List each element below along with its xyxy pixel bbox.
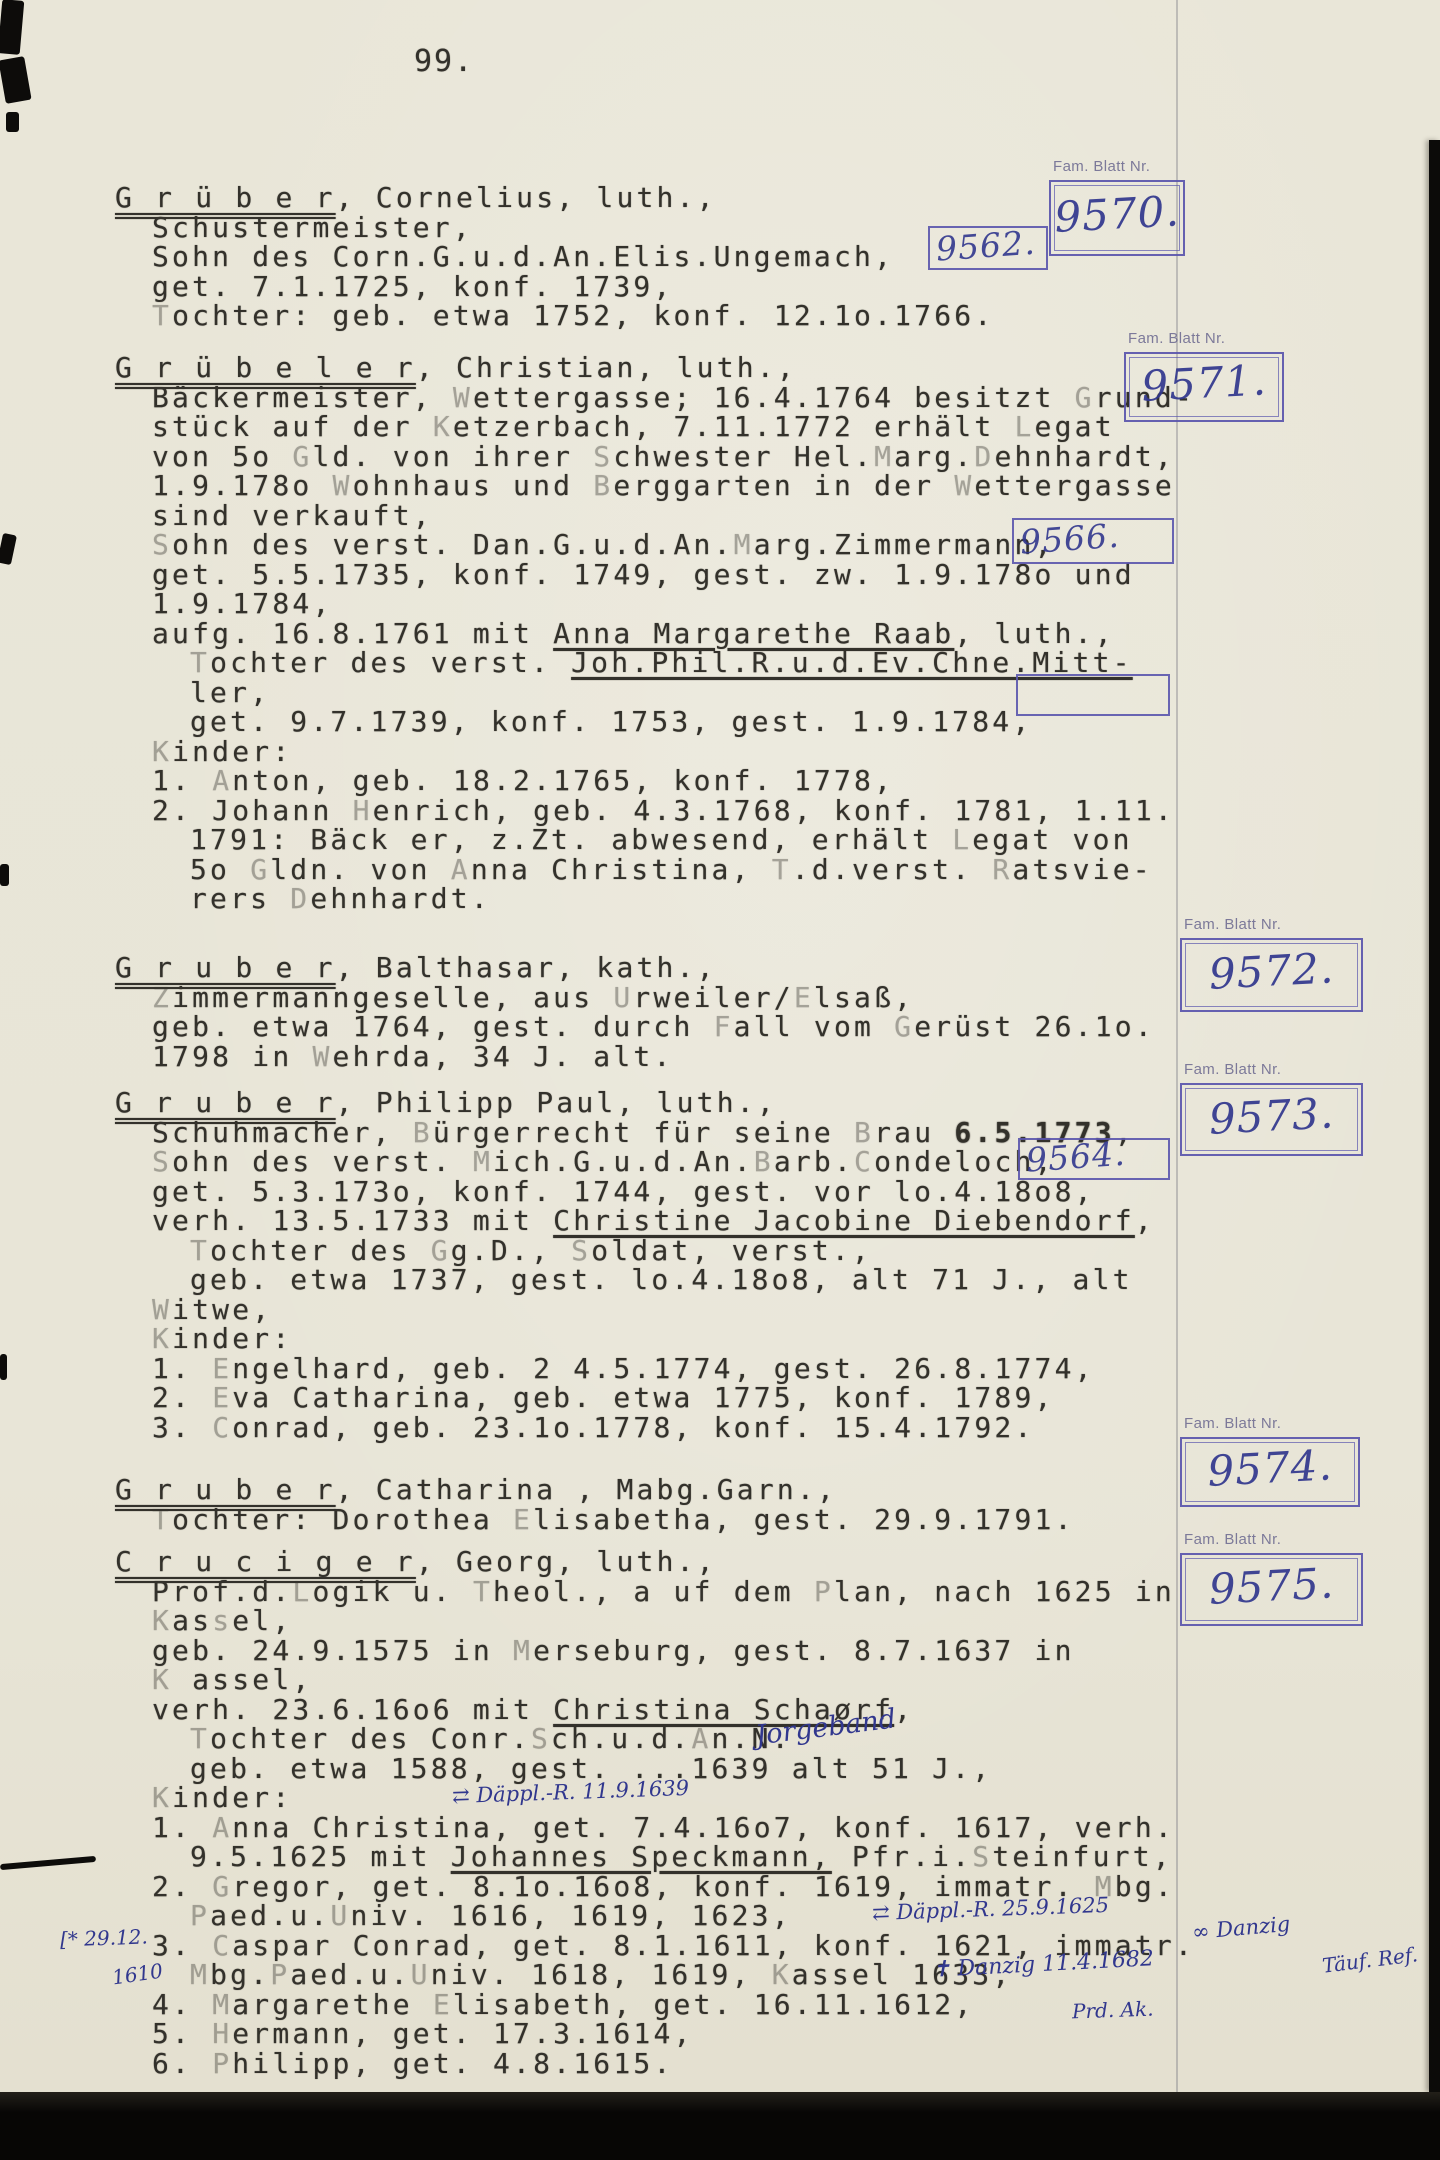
typed-seg: 5. xyxy=(152,2017,212,2050)
typed-seg: teinfurt, xyxy=(992,1840,1173,1873)
typed-seg: K xyxy=(152,1663,172,1696)
entry-heading-rest: , Christian, luth., xyxy=(416,351,797,384)
entry-heading: G r u b e r, Catharina , Mabg.Garn., xyxy=(115,1475,837,1505)
entry-surname: G r u b e r xyxy=(115,1473,336,1506)
fam-blatt-number: 9572. xyxy=(1181,942,1362,1000)
typed-seg: nna Christina, xyxy=(471,853,772,886)
entry-heading-rest: , Philipp Paul, luth., xyxy=(336,1086,777,1119)
entry-surname: C r u c i g e r xyxy=(115,1545,416,1578)
typed-seg: T xyxy=(772,853,792,886)
scan-edge-bottom xyxy=(0,2092,1440,2160)
typed-seg: bg. xyxy=(1115,1870,1175,1903)
handwritten-ref-box: 9564. xyxy=(1018,1138,1170,1180)
typed-line: Tochter: geb. etwa 1752, konf. 12.1o.176… xyxy=(152,301,994,331)
fam-blatt-label: Fam. Blatt Nr. xyxy=(1184,1531,1281,1548)
typed-seg: G xyxy=(894,1010,914,1043)
typed-line: Tochter des Conr.Sch.u.d.An.N. xyxy=(190,1724,792,1754)
typed-line: Witwe, xyxy=(152,1295,272,1325)
typed-line: Bäckermeister, Wettergasse; 16.4.1764 be… xyxy=(152,383,1195,413)
typed-line: Sohn des verst. Mich.G.u.d.An.Barb.Conde… xyxy=(152,1147,1055,1177)
handwritten-annotation: Prd. Ak. xyxy=(1072,1997,1154,2024)
typed-line: 4. Margarethe Elisabeth, get. 16.11.1612… xyxy=(152,1990,974,2020)
typed-seg: get. 9.7.1739, konf. 1753, gest. 1.9.178… xyxy=(190,705,1032,738)
typed-line: get. 9.7.1739, konf. 1753, gest. 1.9.178… xyxy=(190,707,1032,737)
fam-blatt-stamp: 9572. xyxy=(1180,938,1363,1012)
typed-seg: S xyxy=(531,1722,551,1755)
typed-seg: va Catharina, geb. etwa 1775, konf. 1789… xyxy=(232,1381,1054,1414)
typed-line: 1.9.178o Wohnhaus und Berggarten in der … xyxy=(152,471,1175,501)
typed-seg: W xyxy=(954,469,974,502)
typed-seg: atsvie- xyxy=(1012,853,1152,886)
typed-line: 1798 in Wehrda, 34 J. alt. xyxy=(152,1042,674,1072)
handwritten-annotation: [* 29.12. xyxy=(60,1924,149,1951)
handwritten-ref-number: 9562. xyxy=(935,223,1037,269)
fam-blatt-stamp: 9570. xyxy=(1049,180,1185,256)
typed-seg: ochter: Dorothea xyxy=(172,1503,513,1536)
typed-seg: ch.u.d. xyxy=(551,1722,691,1755)
typed-line: 9.5.1625 mit Johannes Speckmann, Pfr.i.S… xyxy=(190,1842,1173,1872)
entry-heading-rest: , Catharina , Mabg.Garn., xyxy=(336,1473,837,1506)
typed-seg: hilipp, get. 4.8.1615. xyxy=(232,2047,673,2080)
typed-line: Zimmermanngeselle, aus Urweiler/Elsaß, xyxy=(152,983,914,1013)
fam-blatt-number: 9574. xyxy=(1181,1439,1359,1497)
typed-line: 2. Eva Catharina, geb. etwa 1775, konf. … xyxy=(152,1383,1055,1413)
typed-seg: T xyxy=(152,1503,172,1536)
scan-artifact xyxy=(0,1856,96,1870)
entry-heading: G r u b e r, Balthasar, kath., xyxy=(115,953,717,983)
fam-blatt-number: 9575. xyxy=(1181,1556,1362,1614)
typed-seg: 9.5.1625 mit xyxy=(190,1840,451,1873)
typed-line: Kinder: xyxy=(152,737,292,767)
scan-edge-right xyxy=(1429,140,1440,2092)
typed-line: Schuhmacher, Bürgerrecht für seine Brau … xyxy=(152,1118,1135,1148)
entry-heading: C r u c i g e r, Georg, luth., xyxy=(115,1547,717,1577)
handwritten-ref-box: 9566. xyxy=(1012,518,1174,564)
typed-seg: arb. xyxy=(774,1145,854,1178)
entry-heading: G r u b e r, Philipp Paul, luth., xyxy=(115,1088,777,1118)
typed-seg: C xyxy=(212,1411,232,1444)
handwritten-annotation: ∞ Danzig xyxy=(1191,1912,1291,1944)
typed-seg: F xyxy=(714,1010,734,1043)
typed-line: 5. Hermann, get. 17.3.1614, xyxy=(152,2019,694,2049)
typed-seg: D xyxy=(290,882,310,915)
typed-seg: H xyxy=(212,2017,232,2050)
typed-line: geb. 24.9.1575 in Merseburg, gest. 8.7.1… xyxy=(152,1636,1075,1666)
typed-seg: niv. 1616, 1619, 1623, xyxy=(350,1899,791,1932)
entry-heading-rest: , Cornelius, luth., xyxy=(336,181,717,214)
typed-seg: ehrda, 34 J. alt. xyxy=(333,1040,674,1073)
typed-seg: L xyxy=(292,1575,312,1608)
handwritten-ref-number: 9564. xyxy=(1025,1134,1127,1180)
typed-seg: R xyxy=(992,853,1012,886)
entry-heading-rest: , Georg, luth., xyxy=(416,1545,717,1578)
typed-line: Sohn des verst. Dan.G.u.d.An.Marg.Zimmer… xyxy=(152,530,1055,560)
entry-surname: G r u b e r xyxy=(115,951,336,984)
typed-line: geb. etwa 1737, gest. lo.4.18o8, alt 71 … xyxy=(190,1265,1133,1295)
typed-line: 1. Engelhard, geb. 2 4.5.1774, gest. 26.… xyxy=(152,1354,1095,1384)
fam-blatt-label: Fam. Blatt Nr. xyxy=(1184,916,1281,933)
typed-line: Prof.d.Logik u. Theol., a uf dem Plan, n… xyxy=(152,1577,1175,1607)
typed-line: 1791: Bäck er, z.Zt. abwesend, erhält Le… xyxy=(190,825,1133,855)
typed-seg: egat xyxy=(1035,410,1115,443)
typed-seg: 1.9.178o xyxy=(152,469,333,502)
typed-seg: verh. 13.5.1733 mit xyxy=(152,1204,553,1237)
typed-line: Kinder: xyxy=(152,1324,292,1354)
typed-seg: S xyxy=(972,1840,992,1873)
typed-seg: ich.G.u.d.An. xyxy=(493,1145,754,1178)
typed-seg: rers xyxy=(190,882,290,915)
typed-line: 1. Anton, geb. 18.2.1765, konf. 1778, xyxy=(152,766,894,796)
typed-seg: , xyxy=(894,1693,914,1726)
typed-seg: S xyxy=(152,528,172,561)
typed-seg: Pfr.i. xyxy=(832,1840,972,1873)
typed-seg: erggarten in der xyxy=(613,469,954,502)
typed-line: Tochter des verst. Joh.Phil.R.u.d.Ev.Chn… xyxy=(190,648,1133,678)
typed-seg: Sohn des Corn.G.u.d.An.Elis.Ungemach, xyxy=(152,240,894,273)
typed-seg: L xyxy=(952,823,972,856)
typed-seg: M xyxy=(473,1145,493,1178)
typed-seg: S xyxy=(152,1145,172,1178)
typed-seg: B xyxy=(593,469,613,502)
fam-blatt-number: 9573. xyxy=(1181,1086,1362,1144)
typed-seg: ohn des verst. xyxy=(172,1145,473,1178)
typed-seg: lisabetha, gest. 29.9.1791. xyxy=(533,1503,1075,1536)
typed-seg: 1791: Bäck er, z.Zt. abwesend, erhält xyxy=(190,823,952,856)
typed-seg: T xyxy=(152,299,172,332)
fam-blatt-stamp: 9571. xyxy=(1124,352,1284,422)
entry-surname: G r ü b e r xyxy=(115,181,336,214)
typed-seg: 1798 in xyxy=(152,1040,312,1073)
typed-line: aufg. 16.8.1761 mit Anna Margarethe Raab… xyxy=(152,619,1115,649)
typed-seg: T xyxy=(190,646,210,679)
typed-line: 1.9.1784, xyxy=(152,589,333,619)
typed-seg: heol., a uf dem xyxy=(493,1575,814,1608)
entry-heading: G r ü b e r, Cornelius, luth., xyxy=(115,183,717,213)
typed-seg: 2. xyxy=(152,1381,212,1414)
typed-line: get. 5.5.1735, konf. 1749, gest. zw. 1.9… xyxy=(152,560,1135,590)
typed-seg: K xyxy=(152,1604,172,1637)
typed-line: K assel, xyxy=(152,1665,312,1695)
scan-artifact xyxy=(6,112,19,132)
typed-seg: C xyxy=(854,1145,874,1178)
typed-line: rers Dehnhardt. xyxy=(190,884,491,914)
typed-seg: inder: xyxy=(172,1781,292,1814)
typed-seg: ochter des verst. xyxy=(210,646,571,679)
typed-line: Tochter: Dorothea Elisabetha, gest. 29.9… xyxy=(152,1505,1075,1535)
typed-seg: el, xyxy=(232,1604,292,1637)
entry-surname: G r ü b e l e r xyxy=(115,351,416,384)
typed-seg: P xyxy=(270,1958,290,1991)
scanned-page: 99. G r ü b e r, Cornelius, luth.,Schust… xyxy=(0,0,1440,2092)
typed-seg: onrad, geb. 23.1o.1778, konf. 15.4.1792. xyxy=(232,1411,1034,1444)
typed-seg: ochter des Conr. xyxy=(210,1722,531,1755)
scan-artifact xyxy=(0,0,24,55)
typed-line: Paed.u.Univ. 1616, 1619, 1623, xyxy=(190,1901,792,1931)
typed-line: Mbg.Paed.u.Univ. 1618, 1619, Kassel 1633… xyxy=(190,1960,1012,1990)
typed-line: stück auf der Ketzerbach, 7.11.1772 erhä… xyxy=(152,412,1115,442)
typed-line: get. 5.3.173o, konf. 1744, gest. vor lo.… xyxy=(152,1177,1095,1207)
typed-seg: T xyxy=(190,1722,210,1755)
fam-blatt-label: Fam. Blatt Nr. xyxy=(1053,158,1150,175)
typed-seg: all vom xyxy=(734,1010,894,1043)
typed-seg: 3. xyxy=(152,1411,212,1444)
typed-seg: erseburg, gest. 8.7.1637 in xyxy=(533,1634,1075,1667)
typed-line: ler, xyxy=(190,678,270,708)
scan-artifact xyxy=(0,56,32,104)
typed-seg: E xyxy=(212,1381,232,1414)
typed-seg: lan, nach 1625 in xyxy=(834,1575,1175,1608)
typed-line: verh. 13.5.1733 mit Christine Jacobine D… xyxy=(152,1206,1155,1236)
typed-line: 6. Philipp, get. 4.8.1615. xyxy=(152,2049,674,2079)
typed-seg: niv. 1618, 1619, xyxy=(431,1958,772,1991)
typed-line: sind verkauft, xyxy=(152,501,433,531)
typed-seg: ohnhaus und xyxy=(353,469,594,502)
typed-seg: ochter: geb. etwa 1752, konf. 12.1o.1766… xyxy=(172,299,994,332)
typed-seg: U xyxy=(330,1899,350,1932)
typed-seg: W xyxy=(333,469,353,502)
typed-seg: aed.u. xyxy=(290,1958,410,1991)
margin-rule xyxy=(1176,0,1178,2092)
fam-blatt-number: 9570. xyxy=(1050,186,1184,242)
handwritten-annotation: Täuf. Ref. xyxy=(1321,1942,1419,1978)
typed-seg: K xyxy=(433,410,453,443)
fam-blatt-label: Fam. Blatt Nr. xyxy=(1184,1415,1281,1432)
typed-seg: Christine Jacobine Diebendorf xyxy=(553,1204,1135,1237)
fam-blatt-stamp: 9573. xyxy=(1180,1083,1363,1156)
typed-seg: as xyxy=(172,1604,212,1637)
typed-line: Sohn des Corn.G.u.d.An.Elis.Ungemach, xyxy=(152,242,894,272)
handwritten-annotation: 1610 xyxy=(111,1959,165,1990)
typed-seg: assel, xyxy=(172,1663,312,1696)
scan-artifact xyxy=(0,533,17,565)
typed-seg: T xyxy=(473,1575,493,1608)
typed-seg: bg. xyxy=(210,1958,270,1991)
typed-seg: M xyxy=(190,1958,210,1991)
typed-line: 3. Conrad, geb. 23.1o.1778, konf. 15.4.1… xyxy=(152,1413,1035,1443)
typed-seg: K xyxy=(152,1781,172,1814)
typed-seg: arg.Zimmermann, xyxy=(754,528,1055,561)
typed-seg: P xyxy=(190,1899,210,1932)
typed-line: 5o Gldn. von Anna Christina, T.d.verst. … xyxy=(190,855,1153,885)
fam-blatt-label: Fam. Blatt Nr. xyxy=(1184,1061,1281,1078)
page-number: 99. xyxy=(414,44,474,79)
typed-line: Kassel, xyxy=(152,1606,292,1636)
typed-seg: K xyxy=(152,1322,172,1355)
typed-seg: geb. etwa 1764, gest. durch xyxy=(152,1010,714,1043)
handwritten-ref-number: 9566. xyxy=(1019,516,1121,562)
handwritten-ref-box: 9562. xyxy=(928,226,1048,270)
typed-seg: A xyxy=(691,1722,711,1755)
typed-seg: A xyxy=(212,764,232,797)
typed-line: get. 7.1.1725, konf. 1739, xyxy=(152,272,674,302)
typed-seg: U xyxy=(411,1958,431,1991)
typed-seg: L xyxy=(1014,410,1034,443)
typed-line: 2. Johann Henrich, geb. 4.3.1768, konf. … xyxy=(152,796,1175,826)
typed-seg: ermann, get. 17.3.1614, xyxy=(232,2017,693,2050)
typed-seg: M xyxy=(513,1634,533,1667)
typed-seg: s xyxy=(212,1604,232,1637)
typed-line: Tochter des Gg.D., Soldat, verst., xyxy=(190,1236,872,1266)
typed-line: von 5o Gld. von ihrer Schwester Hel.Marg… xyxy=(152,442,1175,472)
typed-seg: etzerbach, 7.11.1772 erhält xyxy=(453,410,1015,443)
typed-seg: stück auf der xyxy=(152,410,433,443)
typed-seg: aed.u. xyxy=(210,1899,330,1932)
fam-blatt-number: 9571. xyxy=(1125,355,1283,412)
typed-line: geb. etwa 1764, gest. durch Fall vom Ger… xyxy=(152,1012,1155,1042)
typed-seg: ehnhardt. xyxy=(310,882,491,915)
entry-surname: G r u b e r xyxy=(115,1086,336,1119)
typed-seg: K xyxy=(772,1958,792,1991)
scan-artifact xyxy=(0,864,9,886)
handwritten-ref-box-empty xyxy=(1016,674,1170,716)
typed-seg: 1. xyxy=(152,764,212,797)
typed-seg: M xyxy=(734,528,754,561)
fam-blatt-stamp: 9575. xyxy=(1180,1553,1363,1626)
fam-blatt-stamp: 9574. xyxy=(1180,1437,1360,1507)
typed-seg: ettergasse xyxy=(974,469,1175,502)
fam-blatt-label: Fam. Blatt Nr. xyxy=(1128,330,1225,347)
typed-line: Kinder: xyxy=(152,1783,292,1813)
typed-seg: Johannes Speckmann, xyxy=(451,1840,832,1873)
typed-seg: erüst 26.1o. xyxy=(914,1010,1155,1043)
typed-seg: geb. etwa 1737, gest. lo.4.18o8, alt 71 … xyxy=(190,1263,1133,1296)
typed-line: Schustermeister, xyxy=(152,213,473,243)
typed-seg: .d.verst. xyxy=(792,853,993,886)
entry-heading: G r ü b e l e r, Christian, luth., xyxy=(115,353,797,383)
typed-seg: P xyxy=(212,2047,232,2080)
typed-seg: B xyxy=(754,1145,774,1178)
typed-seg: nton, geb. 18.2.1765, konf. 1778, xyxy=(232,764,894,797)
typed-seg: 6. xyxy=(152,2047,212,2080)
typed-seg: 1.9.1784, xyxy=(152,587,333,620)
entry-heading-rest: , Balthasar, kath., xyxy=(336,951,717,984)
typed-seg: P xyxy=(814,1575,834,1608)
typed-line: 1. Anna Christina, get. 7.4.16o7, konf. … xyxy=(152,1813,1175,1843)
scan-artifact xyxy=(0,1354,7,1380)
typed-seg: E xyxy=(513,1503,533,1536)
typed-seg: inder: xyxy=(172,1322,292,1355)
typed-seg: ogik u. xyxy=(312,1575,472,1608)
typed-seg: , xyxy=(1135,1204,1155,1237)
typed-seg: egat von xyxy=(972,823,1132,856)
typed-seg: ohn des verst. Dan.G.u.d.An. xyxy=(172,528,734,561)
typed-seg: W xyxy=(312,1040,332,1073)
